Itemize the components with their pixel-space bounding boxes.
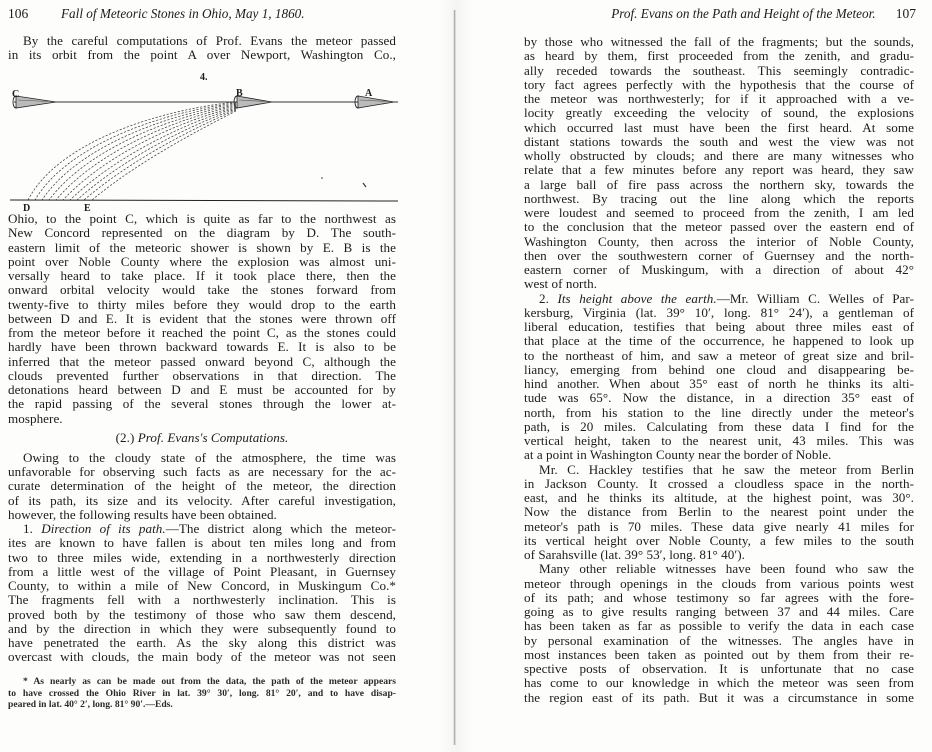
- text-line: hardly have been thrown backward towards…: [8, 340, 396, 354]
- section-title: Prof. Evans's Computations.: [138, 430, 289, 445]
- intro-paragraph: By the careful computations of Prof. Eva…: [8, 34, 396, 63]
- text-line: proved both by the testimony of those wh…: [8, 608, 396, 622]
- meteor-path-diagram: C B A D E: [8, 82, 398, 212]
- footnote-line: * As nearly as can be made out from the …: [8, 676, 396, 688]
- height-above-earth-paragraph: 2. Its height above the earth.—Mr. Willi…: [524, 292, 914, 463]
- text-line: to the northeast of him, and saw a meteo…: [524, 349, 914, 363]
- text-line: Mr. C. Hackley testifies that he saw the…: [524, 463, 914, 477]
- text-line: wholly obstructed by clouds; and there a…: [524, 149, 914, 163]
- text-line: which occurred last must have been the f…: [524, 121, 914, 135]
- text-line: from a little west of the village of Poi…: [8, 565, 396, 579]
- text-line: spective posts of observation. It is unf…: [524, 662, 914, 676]
- text-line: at a point in Washington County near the…: [524, 448, 914, 462]
- text-line: north, from his station to the line dire…: [524, 406, 914, 420]
- hackley-paragraph: Mr. C. Hackley testifies that he saw the…: [524, 463, 914, 563]
- other-witnesses-paragraph: Many other reliable witnesses have been …: [524, 562, 914, 705]
- text-line: most instances been taken as pointed out…: [524, 648, 914, 662]
- text-line: as heard by them, first proceeded from t…: [524, 49, 914, 63]
- gutter-shadow: [438, 0, 474, 752]
- text-line: County, to within a mile of New Concord,…: [8, 579, 396, 593]
- text-line: in its orbit from the point A over Newpo…: [8, 48, 396, 62]
- text-line: in Jackson County. It crossed a cloudles…: [524, 477, 914, 491]
- running-title: Prof. Evans on the Path and Height of th…: [611, 6, 875, 21]
- label-a: A: [365, 88, 372, 99]
- text-line: kersburg, Virginia (lat. 39° 10′, long. …: [524, 306, 914, 320]
- footnote-line: to have crossed the Ohio River in lat. 3…: [8, 688, 396, 700]
- item-number: 2.: [539, 291, 557, 306]
- text-line: ally receded towards the southeast. This…: [524, 64, 914, 78]
- diagram-svg: [8, 82, 398, 212]
- text-line: west of north.: [524, 277, 914, 291]
- right-running-head: Prof. Evans on the Path and Height of th…: [611, 6, 916, 22]
- footnote-line: peared in lat. 40° 2′, long. 81° 90′.—Ed…: [8, 699, 396, 711]
- sounds-paragraph: by those who witnessed the fall of the f…: [524, 35, 914, 292]
- text-line: ites are known to have fallen is about t…: [8, 536, 396, 550]
- cone-c-icon: [13, 96, 56, 108]
- item-heading: Its height above the earth.: [557, 291, 716, 306]
- text-line: has come to our knowledge in which the m…: [524, 676, 914, 690]
- text-line: between D and E. It is evident that the …: [8, 312, 396, 326]
- computations-paragraph: Owing to the cloudy state of the atmosph…: [8, 451, 396, 522]
- text-line: locity greatly exceeding the velocity of…: [524, 106, 914, 120]
- text-line: hind another. When about 35° east of nor…: [524, 377, 914, 391]
- text-line: east, and he thinks its altitude, at the…: [524, 491, 914, 505]
- text-line: By the careful computations of Prof. Eva…: [8, 34, 396, 48]
- text-line: overcast with clouds, the main body of t…: [8, 650, 396, 664]
- text-line: liancy, emerging from behind one cloud a…: [524, 363, 914, 377]
- text-line: two to three miles wide, extending in a …: [8, 551, 396, 565]
- text-line: curate determination of the height of th…: [8, 479, 396, 493]
- section-number: (2.): [116, 430, 135, 445]
- text-line: liberal education, testifies that being …: [524, 320, 914, 334]
- text-line: relate that a few minutes before any rep…: [524, 163, 914, 177]
- text-line: Owing to the cloudy state of the atmosph…: [8, 451, 396, 465]
- text-line: clouds prevented further observations in…: [8, 369, 396, 383]
- diagram-explanation-paragraph: Ohio, to the point C, which is quite as …: [8, 212, 396, 665]
- right-page: Prof. Evans on the Path and Height of th…: [470, 0, 932, 752]
- text-line: mosphere.: [8, 412, 396, 426]
- text-line: path, is 20 miles. Calculating from thes…: [524, 420, 914, 434]
- text-line: vertical height, taken to the nearest un…: [524, 434, 914, 448]
- text-line: from the meteor before it reached the po…: [8, 326, 396, 340]
- item-text: —Mr. William C. Welles of Par-: [717, 291, 914, 306]
- text-line: have penetrated the earth. As the sky al…: [8, 636, 396, 650]
- direction-of-path-paragraph: 1. Direction of its path.—The district a…: [8, 522, 396, 665]
- page-number: 107: [896, 6, 916, 21]
- text-line: and by the direction in which they were …: [8, 622, 396, 636]
- label-b: B: [236, 88, 243, 99]
- text-line: the meteor was northwesterly; for if it …: [524, 92, 914, 106]
- text-line: that place at the time of the occurrence…: [524, 334, 914, 348]
- text-line: versally heard to take place. If it took…: [8, 269, 396, 283]
- text-line: inferred that the meteor passed onward b…: [8, 355, 396, 369]
- text-line: Now the distance from Berlin to the near…: [524, 505, 914, 519]
- left-page: 106 Fall of Meteoric Stones in Ohio, May…: [0, 0, 440, 752]
- text-line: twenty-five to thirty miles before they …: [8, 298, 396, 312]
- text-line: unfavorable for observing such facts as …: [8, 465, 396, 479]
- label-c: C: [12, 89, 19, 100]
- text-line: detonations heard between D and E must b…: [8, 383, 396, 397]
- item-text: —The district along which the meteor-: [166, 521, 396, 536]
- item-number: 1.: [23, 521, 41, 536]
- text-line: eastern corner of Muskingum, with a dire…: [524, 263, 914, 277]
- text-line: Washington County, then across the inter…: [524, 235, 914, 249]
- text-line: meteor's path is 70 miles. These data gi…: [524, 520, 914, 534]
- right-body: by those who witnessed the fall of the f…: [524, 35, 914, 705]
- text-line: by personal examination of the witnesses…: [524, 634, 914, 648]
- text-line: 1. Direction of its path.—The district a…: [8, 522, 396, 536]
- text-line: of its path; and whose testimony so far …: [524, 591, 914, 605]
- text-line: of Sarahsville (lat. 39° 53′, long. 81° …: [524, 548, 914, 562]
- text-line: 2. Its height above the earth.—Mr. Willi…: [524, 292, 914, 306]
- text-line: to the conclusion that the meteor passed…: [524, 220, 914, 234]
- text-line: tory fact agrees perfectly with the hypo…: [524, 78, 914, 92]
- text-line: meteor through openings in the clouds fr…: [524, 577, 914, 591]
- text-line: tude was 65°. Now the distance, in a dir…: [524, 391, 914, 405]
- text-line: going as to give results ranging between…: [524, 605, 914, 619]
- text-line: eastern limit of the meteoric shower is …: [8, 241, 396, 255]
- text-line: the rapid passing of the several stones …: [8, 397, 396, 411]
- text-line: distant stations towards the south and w…: [524, 135, 914, 149]
- text-line: were loudest and seemed to proceed from …: [524, 206, 914, 220]
- section-heading: (2.) Prof. Evans's Computations.: [8, 431, 396, 447]
- text-line: The fragments fell with a northwesterly …: [8, 593, 396, 607]
- text-line: of its path, its size and its velocity. …: [8, 494, 396, 508]
- text-line: Ohio, to the point C, which is quite as …: [8, 212, 396, 226]
- text-line: then over the southwestern corner of Gue…: [524, 249, 914, 263]
- footnote: * As nearly as can be made out from the …: [8, 676, 396, 711]
- text-line: has been taken as far as possible to ver…: [524, 619, 914, 633]
- text-line: point over Noble County where the explos…: [8, 255, 396, 269]
- text-line: Many other reliable witnesses have been …: [524, 562, 914, 576]
- running-title: Fall of Meteoric Stones in Ohio, May 1, …: [61, 6, 305, 22]
- text-line: onward orbital velocity would take the s…: [8, 283, 396, 297]
- book-spread: 106 Fall of Meteoric Stones in Ohio, May…: [0, 0, 932, 752]
- text-line: by those who witnessed the fall of the f…: [524, 35, 914, 49]
- text-line: however, the following results have been…: [8, 508, 396, 522]
- item-heading: Direction of its path.: [41, 521, 166, 536]
- page-number: 106: [8, 6, 28, 22]
- trajectory-lines: [28, 102, 236, 200]
- text-line: a large ball of fire pass across the nor…: [524, 178, 914, 192]
- cone-a-icon: [355, 96, 394, 108]
- text-line: northwest. By tracing out the line along…: [524, 192, 914, 206]
- text-line: the region east of its path. But it was …: [524, 691, 914, 705]
- text-line: its vertical height over Noble County, a…: [524, 534, 914, 548]
- text-line: New Concord represented on the diagram b…: [8, 226, 396, 240]
- book-gutter: [453, 10, 456, 745]
